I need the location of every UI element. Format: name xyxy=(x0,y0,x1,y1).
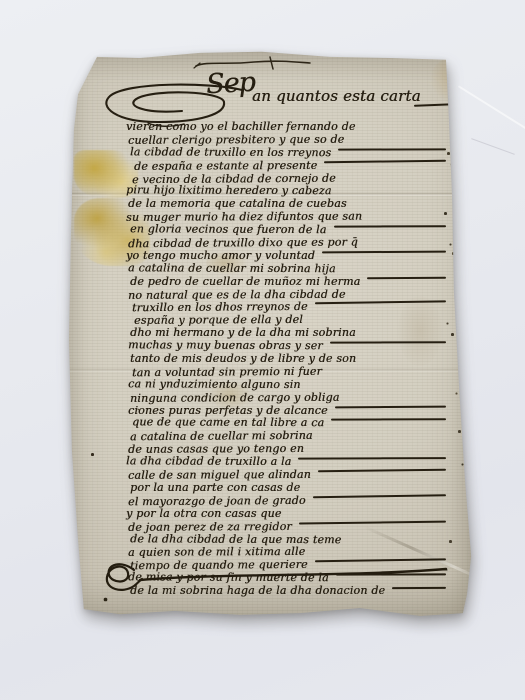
heading-text: an quantos esta carta xyxy=(252,87,421,105)
manuscript-line-text: ninguna condicion de cargo y obliga xyxy=(130,390,340,404)
photo-background: Sep an quantos esta carta vieren como yo… xyxy=(0,0,525,700)
manuscript-line: dho mi hermano y de la dha mi sobrina xyxy=(130,326,446,339)
manuscript-line: muchas y muy buenas obras y ser xyxy=(128,338,446,352)
manuscript-line: y por la otra con casas que xyxy=(126,507,446,520)
heading-initial: Sep xyxy=(205,67,255,101)
line-filler-stroke xyxy=(335,406,446,409)
manuscript-line-text: a catalina de cuellar mi sobrina hija xyxy=(128,261,336,275)
manuscript-line: yo tengo mucho amor y voluntad xyxy=(126,249,446,262)
line-filler-stroke xyxy=(322,251,446,254)
manuscript-line: piru hijo lixitimo heredero y cabeza xyxy=(126,184,446,198)
manuscript-line: de pedro de cuellar de muñoz mi herma xyxy=(130,275,446,288)
line-filler-stroke xyxy=(313,495,446,499)
manuscript-line: vieren como yo el bachiller fernando de xyxy=(126,120,446,133)
manuscript-line: de la memoria que catalina de cuebas xyxy=(128,197,446,210)
manuscript-line-text: yo tengo mucho amor y voluntad xyxy=(126,249,315,262)
manuscript-line-text: tanto de mis deudos y de libre y de son xyxy=(130,352,356,365)
manuscript-line-text: muchas y muy buenas obras y ser xyxy=(128,338,323,352)
opening-line: Sep an quantos esta carta xyxy=(126,78,446,120)
manuscript-line-text: españa y porque de ella y del xyxy=(134,313,303,327)
manuscript-line-text: de joan perez de za rregidor xyxy=(128,520,292,534)
line-filler-stroke xyxy=(299,521,446,525)
manuscript-line: dha cibdad de truxillo dixo que es por q… xyxy=(128,235,446,250)
manuscript-line-text: dha cibdad de truxillo dixo que es por q… xyxy=(128,235,358,250)
manuscript-line: por la una parte con casas de xyxy=(130,481,446,494)
manuscript-page: Sep an quantos esta carta vieren como yo… xyxy=(62,46,474,620)
manuscript-page-wrapper: Sep an quantos esta carta vieren como yo… xyxy=(0,0,525,700)
manuscript-line-text: el mayorazgo de joan de grado xyxy=(128,494,306,508)
line-filler-stroke xyxy=(367,277,446,280)
line-filler-stroke xyxy=(298,458,446,460)
manuscript-line: ca ni ynduzimiento alguno sin xyxy=(128,377,446,391)
manuscript-line-text: de la memoria que catalina de cuebas xyxy=(128,197,347,210)
manuscript-line-text: que de que came en tal libre a ca xyxy=(132,416,324,430)
line-filler-stroke xyxy=(334,226,446,228)
manuscript-text: Sep an quantos esta carta vieren como yo… xyxy=(126,78,446,597)
manuscript-line-text: por la una parte con casas de xyxy=(130,481,300,494)
manuscript-line-text: de españa e estante al presente xyxy=(134,159,317,173)
manuscript-line: españa y porque de ella y del xyxy=(134,313,446,328)
line-filler-stroke xyxy=(318,469,446,473)
manuscript-line-text: de la dha cibdad de la que mas teme xyxy=(130,532,341,546)
manuscript-line: tanto de mis deudos y de libre y de son xyxy=(130,352,446,365)
line-filler-stroke xyxy=(324,160,446,163)
manuscript-line-text: ca ni ynduzimiento alguno sin xyxy=(128,377,301,391)
manuscript-line-text: calle de san miguel que alindan xyxy=(128,468,311,482)
ink-specks xyxy=(62,46,65,49)
manuscript-line-text: dho mi hermano y de la dha mi sobrina xyxy=(130,326,356,339)
heading-swash xyxy=(414,103,456,107)
manuscript-line-text: de pedro de cuellar de muñoz mi herma xyxy=(130,275,360,288)
manuscript-lines: vieren como yo el bachiller fernando dec… xyxy=(126,120,446,597)
line-filler-stroke xyxy=(331,419,446,421)
line-filler-stroke xyxy=(315,301,446,305)
manuscript-line: la cibdad de truxillo en los rreynos xyxy=(130,145,446,159)
manuscript-line-text: la dha cibdad de truxillo a la xyxy=(126,454,291,468)
line-filler-stroke xyxy=(338,149,446,151)
manuscript-line: a catalina de cuellar mi sobrina hija xyxy=(128,261,446,275)
notarial-rubric-icon xyxy=(100,560,456,608)
manuscript-line: el mayorazgo de joan de grado xyxy=(128,493,446,508)
line-filler-stroke xyxy=(330,342,446,344)
manuscript-line: ninguna condicion de cargo y obliga xyxy=(130,390,446,405)
manuscript-line: de joan perez de za rregidor xyxy=(128,519,446,534)
manuscript-line-text: vieren como yo el bachiller fernando de xyxy=(126,120,356,133)
manuscript-line-text: la cibdad de truxillo en los rreynos xyxy=(130,145,331,159)
manuscript-line-text: y por la otra con casas que xyxy=(126,507,282,520)
manuscript-line: calle de san miguel que alindan xyxy=(128,467,446,482)
manuscript-line: cuellar clerigo presbitero y que so de xyxy=(128,132,446,147)
manuscript-line-text: en gloria vecinos que fueron de la xyxy=(130,222,327,236)
manuscript-line-text: piru hijo lixitimo heredero y cabeza xyxy=(126,184,332,198)
